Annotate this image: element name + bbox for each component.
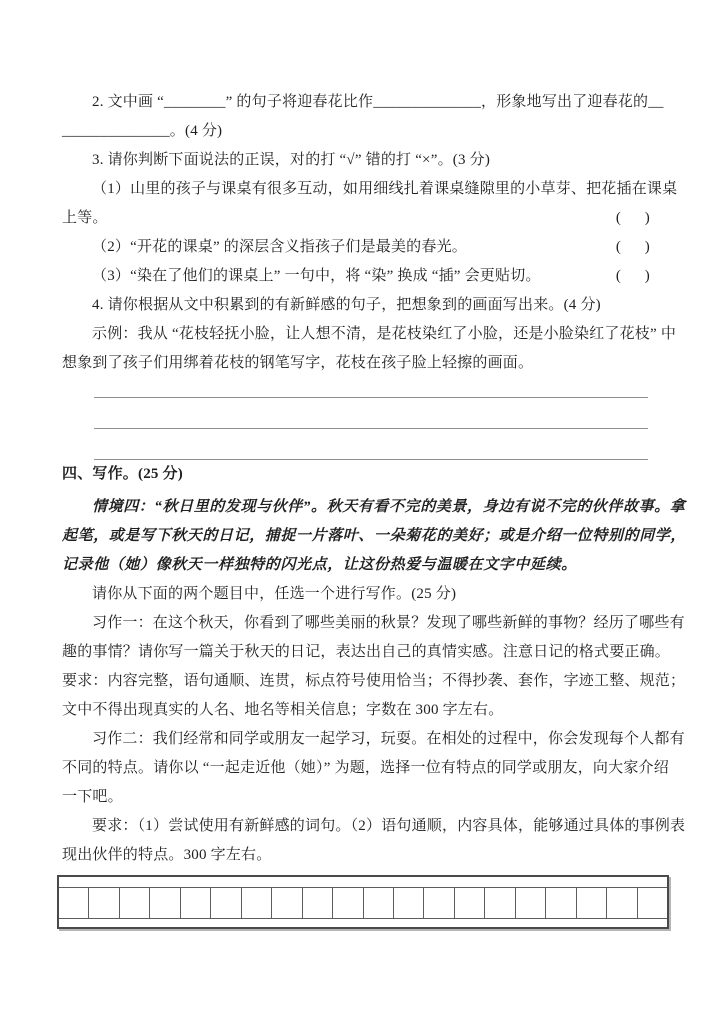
exam-paper-page: 2. 文中画 “________” 的句子将迎春花比作_____________… (0, 0, 724, 1024)
question-4-stem: 4. 请你根据从文中积累到的有新鲜感的句子，把想象到的画面写出来。(4 分) (62, 291, 662, 320)
answer-lines (62, 378, 662, 460)
grid-cell (393, 888, 423, 918)
context-4-line-3: 记录他（她）像秋天一样独特的闪光点，让这份热爱与温暖在文字中延续。 (62, 551, 662, 580)
question-3-stem: 3. 请你判断下面说法的正误，对的打 “√” 错的打 “×”。(3 分) (62, 146, 662, 175)
grid-cell (484, 888, 514, 918)
composition-grid (57, 875, 669, 929)
writing-task-1-requirements-line-1: 要求：内容完整，语句通顺、连贯，标点符号使用恰当；不得抄袭、套作，字迹工整、规范… (62, 667, 662, 696)
writing-task-1-requirements-line-2: 文中不得出现真实的人名、地名等相关信息；字数在 300 字左右。 (62, 696, 662, 725)
grid-cell (515, 888, 545, 918)
answer-line (94, 378, 648, 398)
composition-grid-bottom-strip (59, 918, 667, 927)
answer-grid-cells (59, 888, 667, 918)
writing-task-1-line-2: 趣的事情？请你写一篇关于秋天的日记，表达出自己的真情实感。注意日记的格式要正确。 (62, 638, 662, 667)
grid-cell (423, 888, 453, 918)
answer-parentheses: ( ) (616, 233, 662, 262)
question-3-item-1-text: 上等。 (62, 204, 108, 233)
answer-line (94, 429, 648, 460)
context-4-paragraph: 情境四：“秋日里的发现与伙伴”。秋天有看不完的美景，身边有说不完的伙伴故事。拿 … (62, 493, 662, 580)
grid-cell (302, 888, 332, 918)
question-3-item-1-line-2: 上等。 ( ) (62, 204, 662, 233)
grid-cell (59, 888, 88, 918)
answer-parentheses: ( ) (616, 262, 662, 291)
writing-task-2-line-2: 不同的特点。请你以 “一起走近他（她）” 为题，选择一位有特点的同学或朋友，向大… (62, 754, 662, 783)
grid-cell (241, 888, 271, 918)
question-3-item-1-line-1: （1）山里的孩子与课桌有很多互动，如用细线扎着课桌缝隙里的小草芽、把花插在课桌 (62, 175, 662, 204)
writing-task-2-line-1: 习作二：我们经常和同学或朋友一起学习，玩耍。在相处的过程中，你会发现每个人都有 (62, 725, 662, 754)
grid-cell (637, 888, 667, 918)
answer-line (94, 398, 648, 429)
writing-task-2-requirements-line-2: 现出伙伴的特点。300 字左右。 (62, 841, 662, 870)
context-4-line-1: 情境四：“秋日里的发现与伙伴”。秋天有看不完的美景，身边有说不完的伙伴故事。拿 (62, 493, 662, 522)
writing-task-1-line-1: 习作一：在这个秋天，你看到了哪些美丽的秋景？发现了哪些新鲜的事物？经历了哪些有 (62, 609, 662, 638)
question-3-item-3: （3）“染在了他们的课桌上” 一句中，将 “染” 换成 “插” 会更贴切。 ( … (62, 262, 662, 291)
grid-cell (332, 888, 362, 918)
grid-cell (454, 888, 484, 918)
answer-parentheses: ( ) (616, 204, 662, 233)
grid-cell (180, 888, 210, 918)
question-3-item-2: （2）“开花的课桌” 的深层含义指孩子们是最美的春光。 ( ) (62, 233, 662, 262)
question-3-item-2-text: （2）“开花的课桌” 的深层含义指孩子们是最美的春光。 (62, 233, 467, 262)
grid-cell (606, 888, 636, 918)
grid-cell (363, 888, 393, 918)
grid-cell (88, 888, 118, 918)
writing-task-2-line-3: 一下吧。 (62, 783, 662, 812)
question-4-example-line-2: 想象到了孩子们用绑着花枝的钢笔写字，花枝在孩子脸上轻擦的画面。 (62, 349, 662, 378)
grid-cell (576, 888, 606, 918)
question-4-example-line-1: 示例：我从 “花枝轻抚小脸，让人想不清，是花枝染红了小脸，还是小脸染红了花枝” … (62, 320, 662, 349)
grid-cell (149, 888, 179, 918)
grid-cell (271, 888, 301, 918)
question-2-line-2: ______________。(4 分) (62, 117, 662, 146)
context-4-line-2: 起笔，或是写下秋天的日记，捕捉一片落叶、一朵菊花的美好；或是介绍一位特别的同学， (62, 522, 662, 551)
grid-cell (210, 888, 240, 918)
composition-grid-top-strip (59, 877, 667, 888)
question-2-line-1: 2. 文中画 “________” 的句子将迎春花比作_____________… (62, 88, 662, 117)
grid-cell (119, 888, 149, 918)
choose-topic-instruction: 请你从下面的两个题目中，任选一个进行写作。(25 分) (62, 580, 662, 609)
grid-cell (545, 888, 575, 918)
writing-task-2-requirements-line-1: 要求：（1）尝试使用有新鲜感的词句。（2）语句通顺，内容具体，能够通过具体的事例… (62, 812, 662, 841)
section-4-heading: 四、写作。(25 分) (62, 460, 662, 489)
question-3-item-3-text: （3）“染在了他们的课桌上” 一句中，将 “染” 换成 “插” 会更贴切。 (62, 262, 541, 291)
